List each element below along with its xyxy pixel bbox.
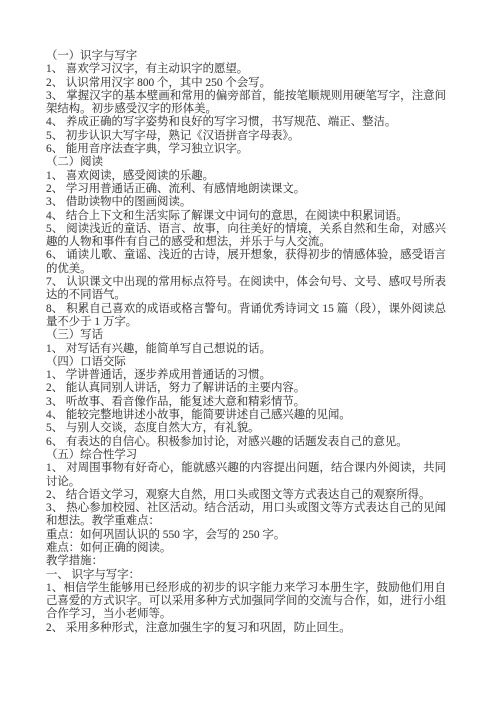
section-heading: （五）综合性学习: [46, 449, 446, 462]
list-item: 1、 喜欢学习汉字，有主动识字的愿望。: [46, 63, 446, 76]
list-item: 1、 对周围事物有好奇心，能就感兴趣的内容提出问题，结合课内外阅读，共同讨论。: [46, 462, 446, 489]
list-item: 4、 养成正确的写字姿势和良好的写字习惯，书写规范、端正、整洁。: [46, 116, 446, 129]
list-item: 3、 借助读物中的图画阅读。: [46, 196, 446, 209]
measures-subtitle: 一、 识字与写字：: [46, 569, 446, 582]
list-item: 4、 能较完整地讲述小故事，能简要讲述自己感兴趣的见闻。: [46, 409, 446, 422]
list-item: 1、相信学生能够用已经形成的初步的识字能力来学习本册生字，鼓励他们用自己喜爱的方…: [46, 582, 446, 622]
list-item: 1、 学讲普通话，逐步养成用普通话的习惯。: [46, 369, 446, 382]
list-item: 3、 掌握汉字的基本壁画和常用的偏旁部首，能按笔顺规则用硬笔写字，注意间架结构。…: [46, 90, 446, 117]
key-point: 重点：如何巩固认识的 550 字，会写的 250 字。: [46, 529, 446, 542]
list-item: 3、 热心参加校园、社区活动。结合活动，用口头或图文等方式表达自己的见闻和想法。…: [46, 502, 446, 529]
section-heading: （四）口语交际: [46, 356, 446, 369]
list-item: 2、 采用多种形式，注意加强生字的复习和巩固，防止回生。: [46, 622, 446, 635]
list-item: 2、 能认真同别人讲话，努力了解讲话的主要内容。: [46, 382, 446, 395]
list-item: 7、 认识课文中出现的常用标点符号。在阅读中，体会句号、文号、感叹号所表达的不同…: [46, 276, 446, 303]
list-item: 6、 能用音序法查字典，学习独立识字。: [46, 143, 446, 156]
list-item: 5、 阅读浅近的童话、语言、故事，向往美好的情境，关系自然和生命，对感兴趣的人物…: [46, 223, 446, 250]
list-item: 2、 认识常用汉字 800 个，其中 250 个会写。: [46, 77, 446, 90]
list-item: 5、 初步认识大写字母，熟记《汉语拼音字母表》。: [46, 130, 446, 143]
measures-title: 教学措施：: [46, 555, 446, 568]
list-item: 8、 积累自己喜欢的成语或格言警句。背诵优秀诗词文 15 篇（段），课外阅读总量…: [46, 303, 446, 330]
list-item: 2、 学习用普通话正确、流利、有感情地朗读课文。: [46, 183, 446, 196]
list-item: 6、 诵读儿歌、童谣、浅近的古诗，展开想象，获得初步的情感体验，感受语言的优美。: [46, 249, 446, 276]
list-item: 5、 与别人交谈，态度自然大方，有礼貌。: [46, 422, 446, 435]
list-item: 6、 有表达的自信心。积极参加讨论，对感兴趣的话题发表自己的意见。: [46, 436, 446, 449]
section-heading: （一）识字与写字: [46, 50, 446, 63]
list-item: 4、 结合上下文和生活实际了解课文中词句的意思，在阅读中积累词语。: [46, 210, 446, 223]
list-item: 2、 结合语文学习，观察大自然，用口头或图文等方式表达自己的观察所得。: [46, 489, 446, 502]
list-item: 3、 听故事、看音像作品，能复述大意和精彩情节。: [46, 396, 446, 409]
section-heading: （三）写话: [46, 329, 446, 342]
section-heading: （二）阅读: [46, 156, 446, 169]
document-page: （一）识字与写字1、 喜欢学习汉字，有主动识字的愿望。2、 认识常用汉字 800…: [46, 50, 446, 635]
key-point: 难点：如何正确的阅读。: [46, 542, 446, 555]
list-item: 1、 喜欢阅读，感受阅读的乐趣。: [46, 170, 446, 183]
list-item: 1、 对写话有兴趣，能简单写自己想说的话。: [46, 343, 446, 356]
